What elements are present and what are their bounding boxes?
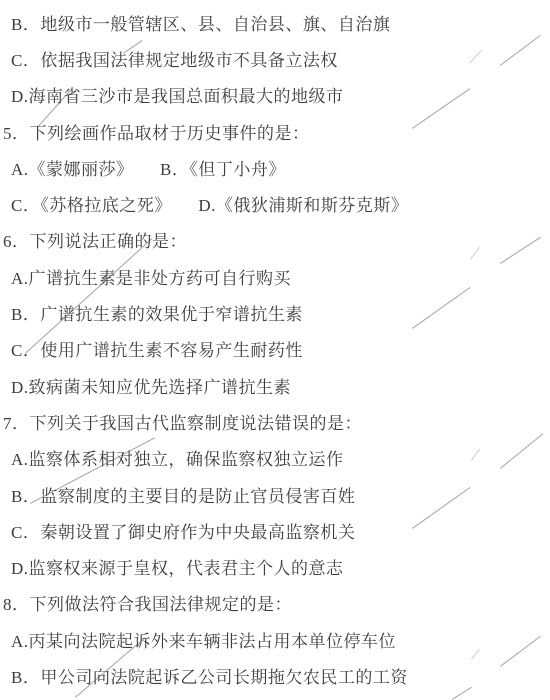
question-stem: 5．下列绘画作品取材于历史事件的是：: [0, 113, 550, 149]
option-b: B．甲公司向法院起诉乙公司长期拖欠农民工的工资: [0, 657, 550, 693]
option-d: D.监察权来源于皇权，代表君主个人的意志: [0, 548, 550, 584]
option-c: C．依据我国法律规定地级市不具备立法权: [0, 40, 550, 76]
option-d: D.海南省三沙市是我国总面积最大的地级市: [0, 77, 550, 113]
question-block: 8．下列做法符合我国法律规定的是： A.丙某向法院起诉外来车辆非法占用本单位停车…: [0, 585, 550, 694]
options-c-d: C．《苏格拉底之死》 D.《俄狄浦斯和斯芬克斯》: [0, 185, 550, 221]
exam-page: B．地级市一般管辖区、县、自治县、旗、自治旗 C．依据我国法律规定地级市不具备立…: [0, 0, 550, 700]
option-a: A.丙某向法院起诉外来车辆非法占用本单位停车位: [0, 621, 550, 657]
question-block: 6．下列说法正确的是： A.广谱抗生素是非处方药可自行购买 B．广谱抗生素的效果…: [0, 222, 550, 403]
option-a: A.广谱抗生素是非处方药可自行购买: [0, 258, 550, 294]
question-stem: 6．下列说法正确的是：: [0, 222, 550, 258]
options-a-b: A.《蒙娜丽莎》 B．《但丁小舟》: [0, 149, 550, 185]
option-c: C．秦朝设置了御史府作为中央最高监察机关: [0, 512, 550, 548]
question-block: B．地级市一般管辖区、县、自治县、旗、自治旗 C．依据我国法律规定地级市不具备立…: [0, 4, 550, 113]
question-list: B．地级市一般管辖区、县、自治县、旗、自治旗 C．依据我国法律规定地级市不具备立…: [0, 4, 550, 694]
question-stem: 7．下列关于我国古代监察制度说法错误的是：: [0, 403, 550, 439]
option-b: B．地级市一般管辖区、县、自治县、旗、自治旗: [0, 4, 550, 40]
option-a: A.监察体系相对独立，确保监察权独立运作: [0, 440, 550, 476]
option-b: B．广谱抗生素的效果优于窄谱抗生素: [0, 294, 550, 330]
option-d: D.致病菌未知应优先选择广谱抗生素: [0, 367, 550, 403]
question-block: 5．下列绘画作品取材于历史事件的是： A.《蒙娜丽莎》 B．《但丁小舟》 C．《…: [0, 113, 550, 222]
question-block: 7．下列关于我国古代监察制度说法错误的是： A.监察体系相对独立，确保监察权独立…: [0, 403, 550, 584]
question-stem: 8．下列做法符合我国法律规定的是：: [0, 585, 550, 621]
option-b: B．监察制度的主要目的是防止官员侵害百姓: [0, 476, 550, 512]
option-c: C．使用广谱抗生素不容易产生耐药性: [0, 331, 550, 367]
